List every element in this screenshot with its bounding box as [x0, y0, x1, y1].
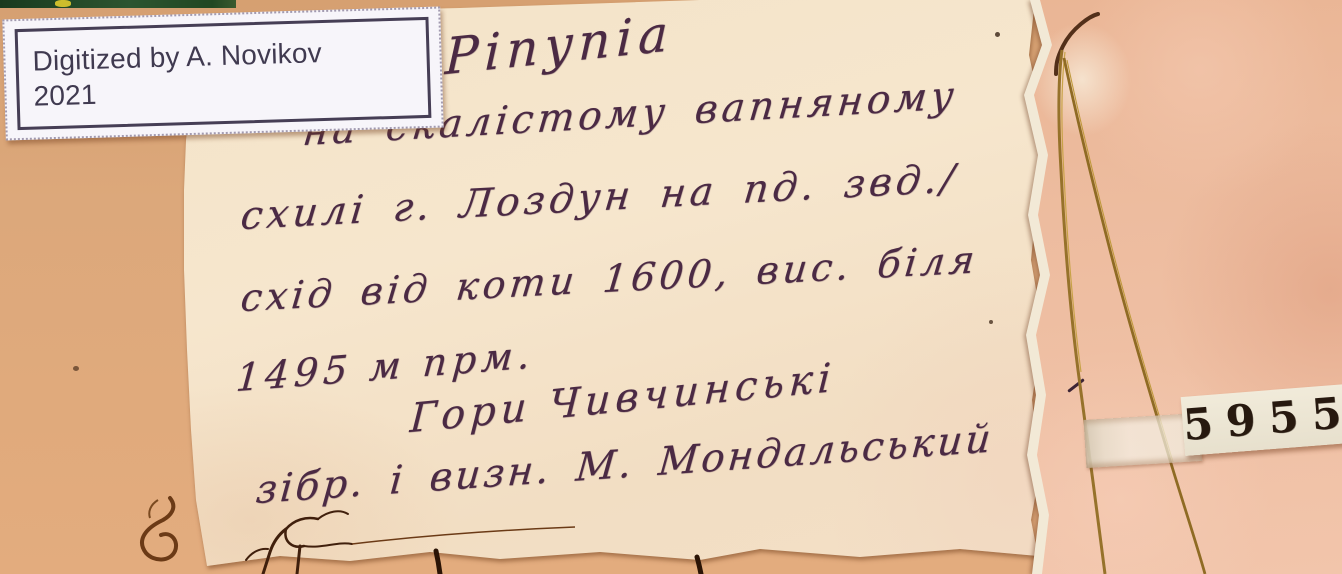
digitization-label-frame: Digitized by A. Novikov 2021: [15, 17, 432, 130]
ink-speck: [995, 32, 1000, 37]
digitization-label: Digitized by A. Novikov 2021: [2, 7, 443, 141]
specimen-number: 5955: [1181, 384, 1342, 455]
ink-speck: [989, 320, 993, 324]
paper-pale-patch: [1032, 22, 1132, 137]
specimen-number-strip: 5955: [1181, 384, 1342, 456]
debris-speck: [73, 366, 79, 371]
herbarium-photo: Pinynia на скалістому вапняному схилі г.…: [0, 0, 1342, 574]
